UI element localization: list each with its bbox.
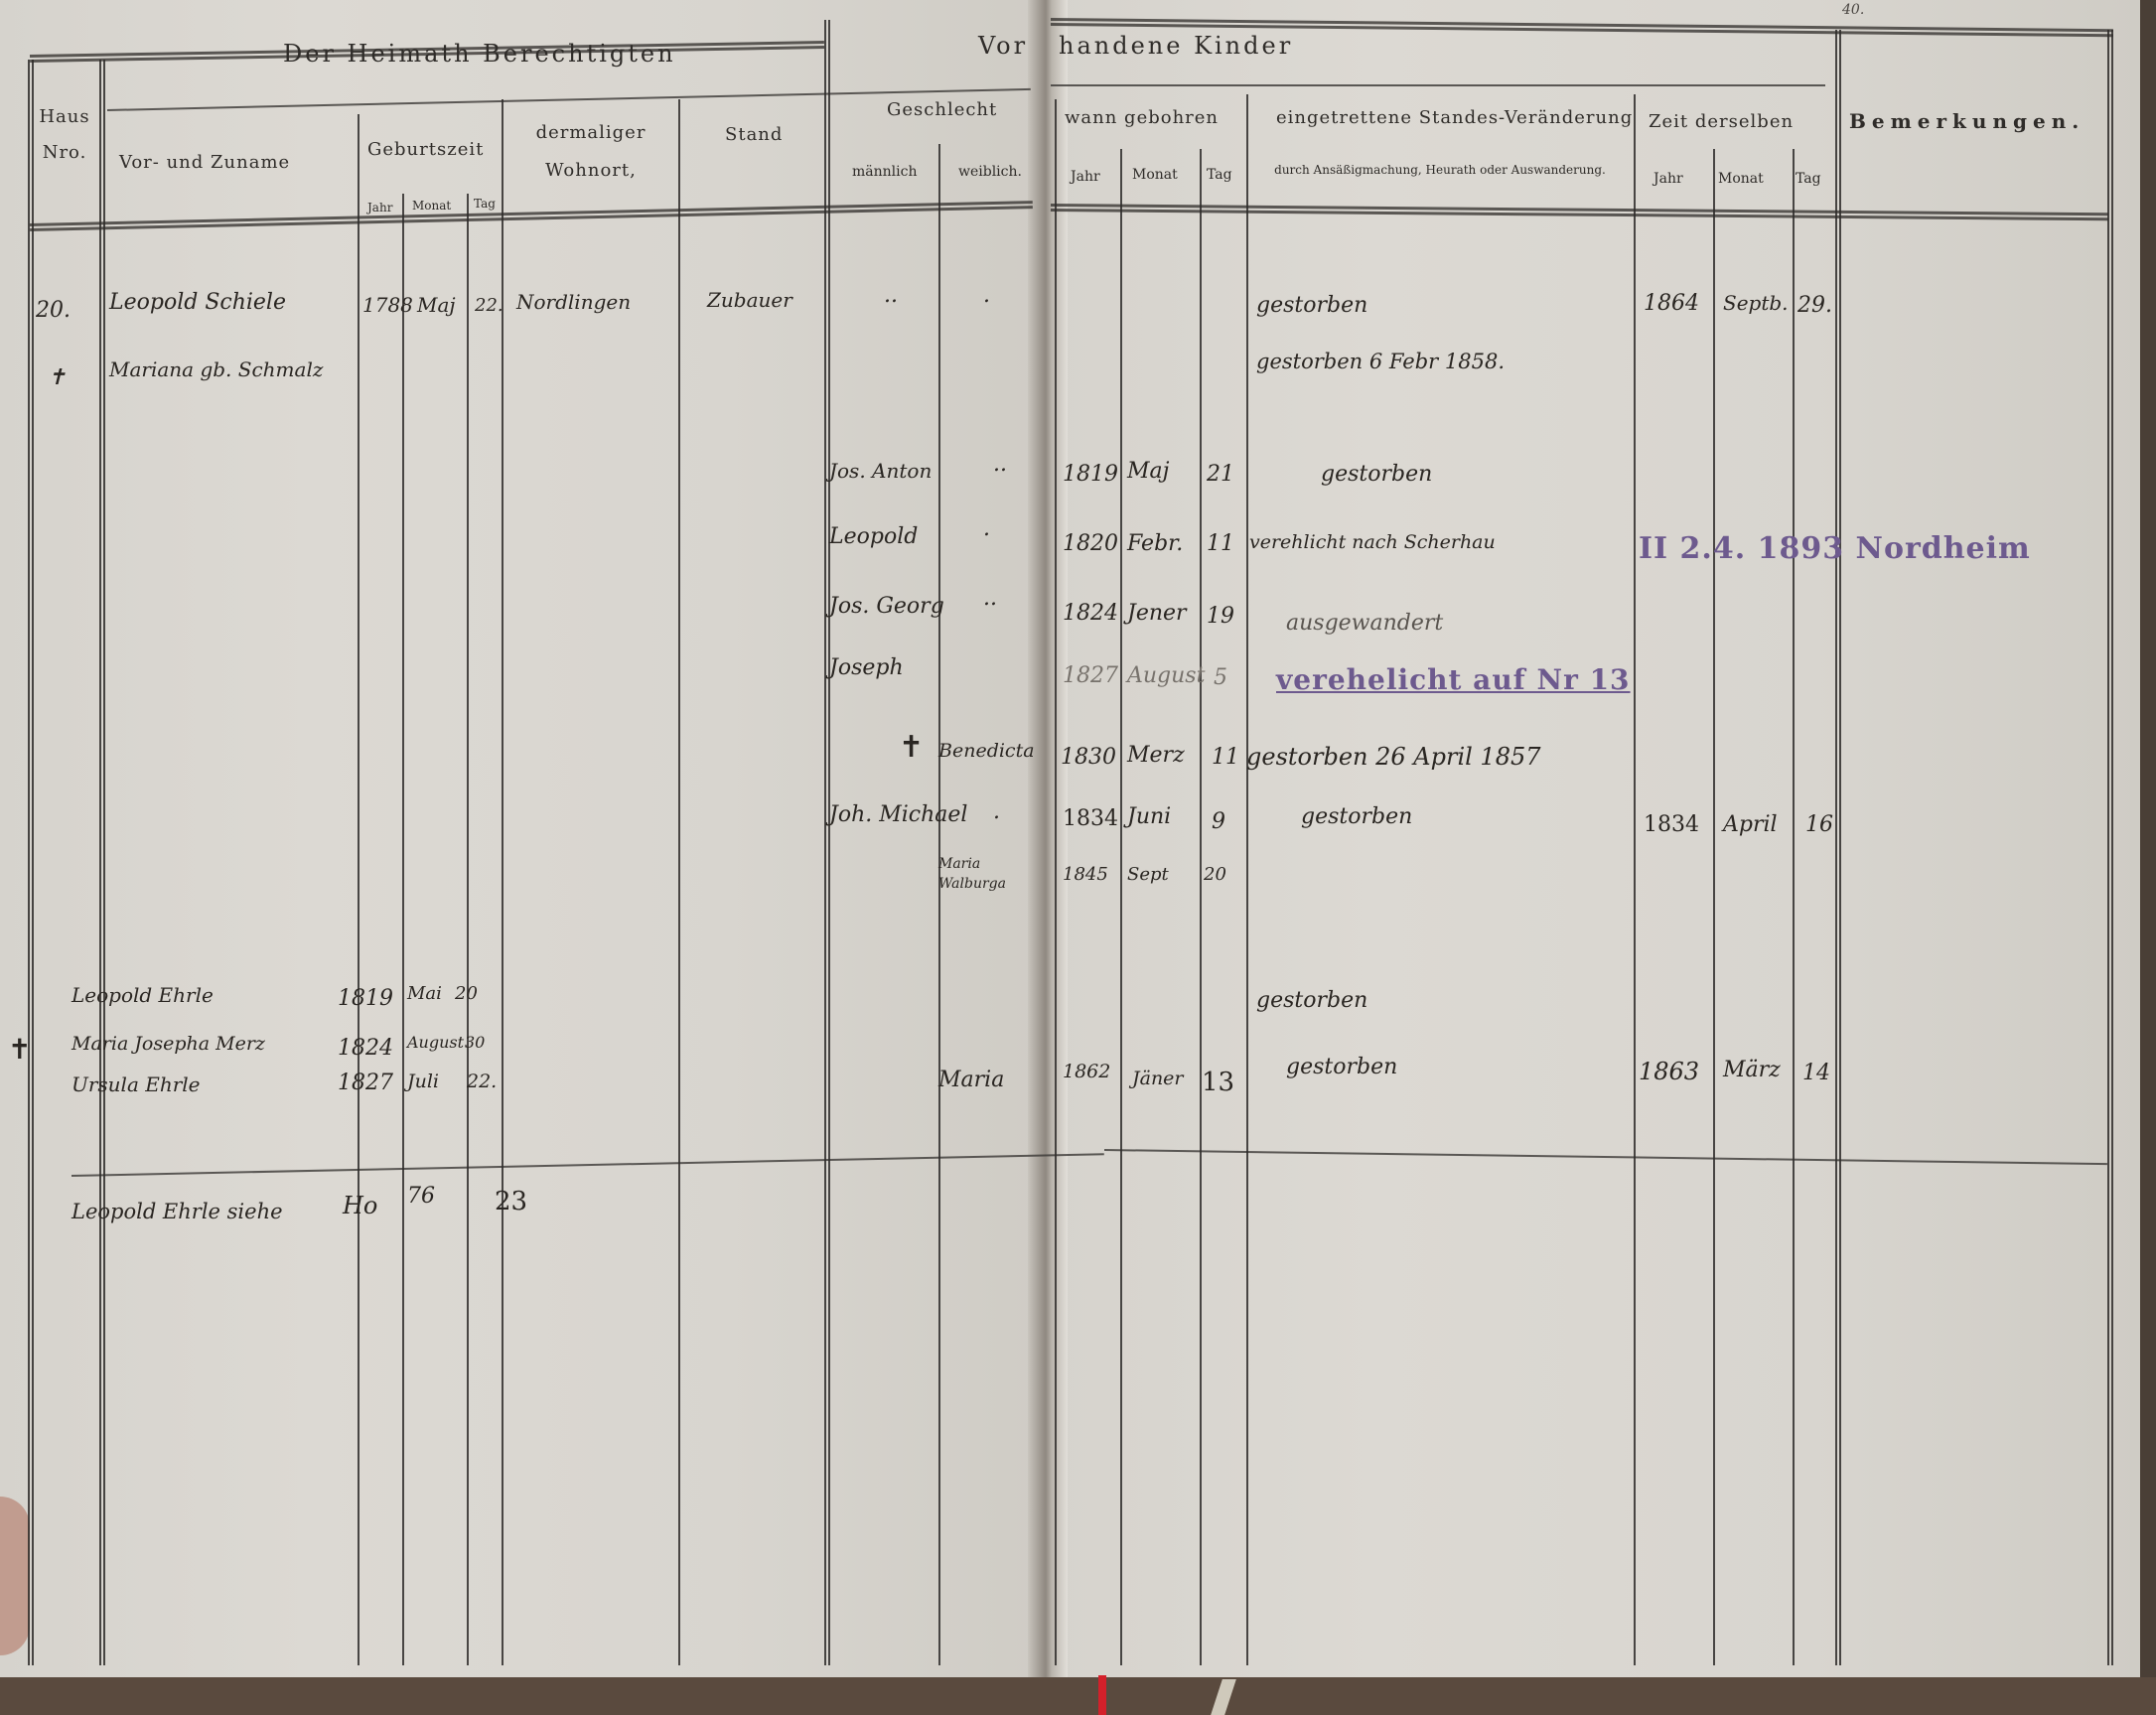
col-rule — [2107, 30, 2109, 1665]
child-name-male: Leopold — [829, 524, 918, 549]
birth-day: 22. — [467, 1071, 497, 1092]
header-geburt-jahr: Jahr — [367, 201, 392, 214]
col-rule — [678, 99, 680, 1665]
col-rule — [1120, 149, 1122, 1665]
col-rule — [99, 60, 101, 1665]
header-geburt-tag: Tag — [474, 197, 496, 211]
child-birth-year: 1830 — [1061, 745, 1116, 770]
birth-month: Maj — [417, 293, 456, 317]
col-rule — [824, 20, 826, 1665]
col-rule — [402, 194, 404, 1665]
header-geschlecht: Geschlecht — [887, 99, 997, 120]
event-month: April — [1723, 812, 1778, 837]
child-name-female: Maria — [938, 1068, 1004, 1092]
col-rule — [1055, 99, 1057, 1665]
red-bookmark-ribbon — [1098, 1675, 1106, 1715]
birth-month: August — [407, 1033, 464, 1052]
event-year: 1864 — [1644, 291, 1699, 316]
header-heimath-berechtigten: Der Heimath Berechtigten — [283, 40, 676, 68]
col-rule — [358, 114, 359, 1665]
header-vor: Vor — [978, 32, 1028, 60]
child-birth-year: 1845 — [1063, 864, 1108, 885]
reference-house-number: 23 — [495, 1187, 527, 1216]
col-rule — [502, 99, 503, 1665]
status-change: ausgewandert — [1286, 611, 1443, 636]
child-name-female: Benedicta — [938, 740, 1035, 762]
event-day: 29. — [1797, 293, 1832, 318]
child-birth-month: Jäner — [1132, 1068, 1184, 1089]
right-page — [1048, 0, 2140, 1677]
header-kind-monat: Monat — [1132, 167, 1178, 183]
col-rule — [1634, 94, 1636, 1665]
wohnort: Nordlingen — [516, 290, 631, 314]
child-birth-year: 1862 — [1063, 1061, 1110, 1082]
birth-year: 1827 — [338, 1071, 393, 1095]
thumb-holding-page — [0, 1497, 30, 1655]
header-name: Vor- und Zuname — [119, 152, 290, 173]
child-birth-year: 1824 — [1063, 601, 1118, 626]
deceased-cross-mark: ✝ — [8, 1033, 31, 1066]
header-haus-nro: Haus Nro. — [34, 99, 95, 171]
status-change: gestorben — [1256, 293, 1367, 318]
status-change: verehlicht nach Scherhau — [1249, 531, 1496, 553]
entry-name-cross-reference: Leopold Ehrle siehe — [72, 1200, 283, 1223]
child-birth-day: 9 — [1212, 809, 1225, 834]
left-page — [0, 0, 1041, 1677]
event-year: 1863 — [1639, 1058, 1699, 1085]
ditto-mark: .. — [993, 452, 1007, 477]
child-name-male: Joh. Michael — [829, 802, 967, 827]
header-zeit-tag: Tag — [1796, 171, 1821, 187]
header-kind-tag: Tag — [1207, 167, 1232, 183]
deceased-cross-mark: ✝ — [899, 730, 924, 765]
child-birth-month: Juni — [1127, 804, 1171, 829]
status-change: gestorben — [1301, 804, 1412, 829]
child-birth-day: 19 — [1207, 604, 1234, 629]
birth-day: 30 — [465, 1033, 485, 1052]
stand: Zubauer — [707, 288, 792, 312]
header-bemerkungen: Bemerkungen. — [1849, 109, 2084, 133]
child-birth-year: 1827 — [1063, 663, 1118, 688]
child-birth-day: 21 — [1207, 462, 1234, 487]
birth-month: Mai — [407, 983, 442, 1004]
header-maennlich: männlich — [852, 164, 917, 180]
child-name-male: Joseph — [829, 655, 904, 680]
birth-day: 20 — [455, 983, 478, 1004]
birth-year: 1824 — [338, 1036, 393, 1061]
status-change: gestorben — [1286, 1055, 1397, 1079]
child-birth-month: Merz — [1127, 743, 1185, 768]
event-month: Septb. — [1723, 291, 1789, 315]
col-rule — [1793, 149, 1795, 1665]
birth-month: Juli — [407, 1071, 439, 1092]
header-stand: Stand — [725, 124, 783, 145]
reference-number: 76 — [407, 1184, 435, 1209]
entry-name: Leopold Ehrle — [72, 983, 214, 1007]
child-birth-month: Febr. — [1127, 531, 1183, 556]
entry-name: Mariana gb. Schmalz — [109, 357, 323, 381]
entry-name: Maria Josepha Merz — [72, 1033, 265, 1055]
entry-name: Leopold Schiele — [109, 290, 286, 315]
col-rule — [467, 194, 469, 1665]
birth-day: 22. — [475, 295, 503, 316]
ditto-mark: . — [983, 283, 990, 308]
col-rule — [1713, 149, 1715, 1665]
event-day: 16 — [1805, 812, 1833, 837]
child-birth-day: 11 — [1207, 531, 1234, 556]
child-name-male: Jos. Anton — [829, 459, 932, 483]
remark-purple-pencil: II 2.4. 1893 Nordheim — [1639, 531, 2031, 566]
birth-year: 1788 — [362, 293, 413, 317]
event-month: März — [1723, 1058, 1781, 1082]
child-birth-month: Jener — [1127, 601, 1187, 626]
child-birth-month: Sept — [1127, 864, 1169, 885]
haus-number: 20. — [36, 298, 71, 323]
child-birth-year: 1819 — [1063, 462, 1118, 487]
child-name-male: Jos. Georg — [829, 594, 944, 619]
book-gutter — [1028, 0, 1068, 1677]
status-change-purple-pencil: verehelicht auf Nr 13 — [1276, 663, 1631, 696]
sub-rule-right — [1051, 84, 1825, 86]
col-rule — [1200, 149, 1202, 1665]
col-rule — [1246, 94, 1248, 1665]
child-birth-day: 13 — [1202, 1068, 1234, 1097]
status-change: gestorben — [1256, 988, 1367, 1013]
child-birth-month: August — [1127, 663, 1205, 688]
col-rule — [938, 144, 940, 1665]
birth-year: 1819 — [338, 986, 393, 1011]
child-birth-day: 5 — [1214, 665, 1227, 690]
header-wann-gebohren: wann gebohren — [1065, 107, 1219, 128]
child-birth-day: 20 — [1204, 864, 1226, 885]
ditto-mark: . — [983, 516, 990, 541]
event-day: 14 — [1802, 1061, 1830, 1085]
page-number: 40. — [1842, 2, 1864, 18]
child-birth-month: Maj — [1127, 459, 1169, 484]
header-veraenderung-sub: durch Ansäßigmachung, Heurath oder Auswa… — [1266, 161, 1614, 179]
header-zeit-monat: Monat — [1718, 171, 1764, 187]
event-year: 1834 — [1644, 812, 1699, 837]
child-birth-year: 1820 — [1063, 531, 1118, 556]
child-birth-day: 11 — [1212, 745, 1239, 770]
header-geburt-monat: Monat — [412, 199, 451, 213]
child-birth-year: 1834 — [1063, 806, 1118, 831]
ditto-mark: .. — [884, 283, 898, 308]
header-zeit-derselben: Zeit derselben — [1649, 111, 1794, 132]
col-rule — [1835, 30, 1837, 1665]
header-weiblich: weiblich. — [958, 164, 1022, 180]
header-handene-kinder: handene Kinder — [1059, 32, 1293, 60]
deceased-cross-mark: ✝ — [48, 365, 66, 390]
ditto-mark: . — [993, 799, 1000, 824]
ditto-mark: .. — [983, 586, 997, 611]
col-rule — [28, 60, 30, 1665]
header-geburtszeit: Geburtszeit — [367, 139, 484, 160]
header-kind-jahr: Jahr — [1071, 169, 1100, 185]
entry-name: Ursula Ehrle — [72, 1072, 201, 1096]
child-name-female: Maria Walburga — [938, 854, 1018, 894]
status-change: gestorben 26 April 1857 — [1246, 743, 1541, 771]
book-bottom-edge — [0, 1677, 2156, 1715]
header-standes-veraenderung: eingetrettene Standes-Veränderung — [1276, 107, 1633, 128]
status-change: gestorben 6 Febr 1858. — [1256, 350, 1505, 373]
reference-mark: Ho — [343, 1192, 377, 1219]
header-zeit-jahr: Jahr — [1653, 171, 1683, 187]
status-change: gestorben — [1321, 462, 1432, 487]
header-wohnort: dermaliger Wohnort, — [516, 114, 665, 190]
